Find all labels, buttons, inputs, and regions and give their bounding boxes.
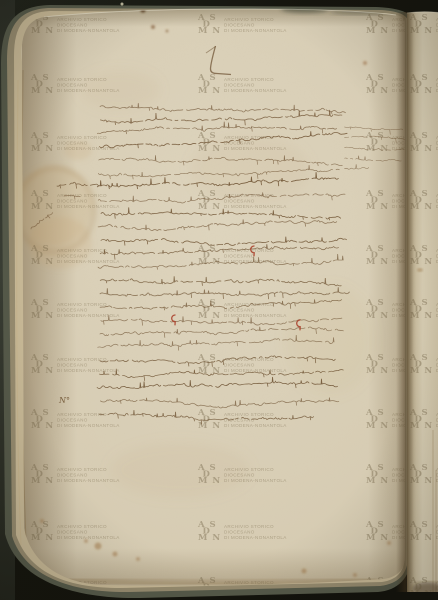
photo-vignette <box>0 0 438 600</box>
manuscript-svg: A S D M N ARCHIVIO STORICO DIOCESANO DI … <box>0 0 438 600</box>
manuscript-photo: A S D M N ARCHIVIO STORICO DIOCESANO DI … <box>0 0 438 600</box>
